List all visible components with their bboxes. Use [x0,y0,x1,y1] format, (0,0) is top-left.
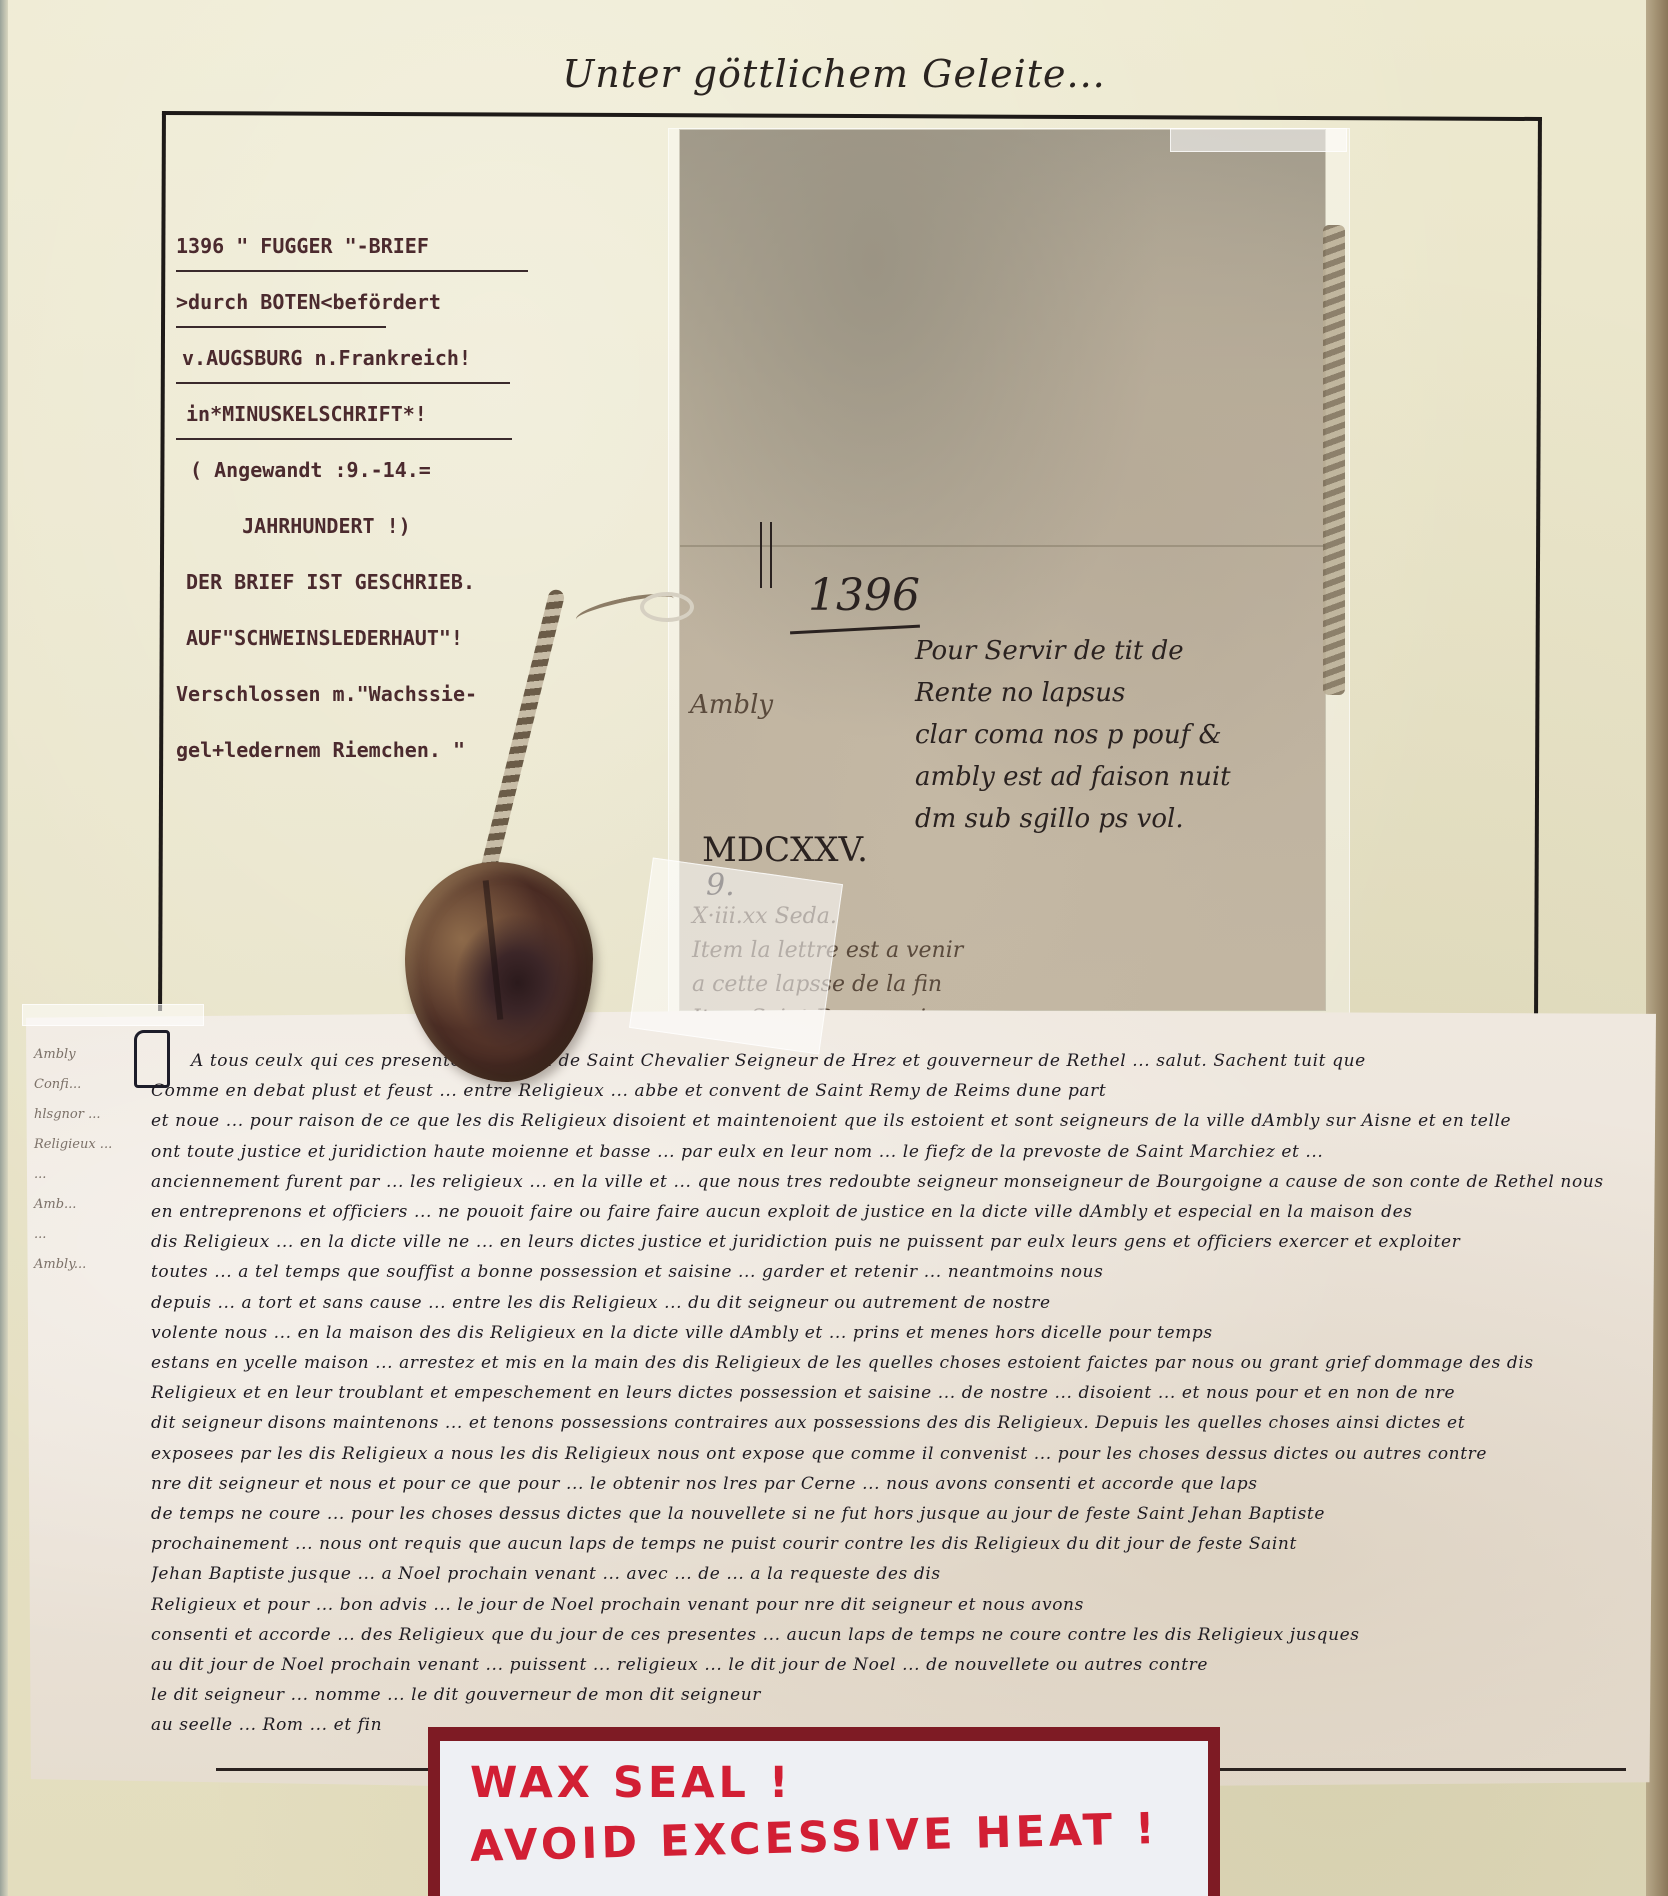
envelope-slit [760,522,772,588]
charter-line: Jehan Baptiste jusque ... a Noel prochai… [151,1559,1646,1589]
charter-line: Comme en debat plust et feust ... entre … [151,1076,1646,1106]
charter-line: Religieux et en leur troublant et empesc… [151,1378,1646,1408]
mounting-tape [1170,128,1347,152]
envelope-roman-year: MDCXXV. [702,830,868,870]
charter-line: nre dit seigneur et nous et pour ce que … [151,1469,1646,1499]
address-line: Pour Servir de tit de [915,630,1231,672]
mounting-tape [22,1004,204,1026]
charter-line: estans en ycelle maison ... arrestez et … [151,1348,1646,1378]
caption-line: Verschlossen m."Wachssie- [176,674,536,730]
caption-line: JAHRHUNDERT !) [176,506,536,562]
charter-line: dis Religieux ... en la dicte ville ne .… [151,1227,1646,1257]
charter-line: et noue ... pour raison de ce que les di… [151,1106,1646,1136]
margin-note: Ambly... [34,1250,154,1280]
envelope-place-note: Ambly [690,690,773,720]
margin-note: Religieux ... [34,1130,154,1160]
caption-line: ( Angewandt :9.-14.= [176,450,536,506]
margin-note: ... [34,1160,154,1190]
board-heading: Unter göttlichem Geleite... [0,52,1668,96]
mounting-tape [629,857,843,1054]
cord-knot [640,592,694,622]
charter-line: exposees par les dis Religieux a nous le… [151,1439,1646,1469]
caption-line: v.AUGSBURG n.Frankreich! [176,338,536,394]
envelope-edge-cord [1323,225,1345,695]
margin-note: Amb... [34,1190,154,1220]
address-line: clar coma nos p pouf & [915,714,1231,756]
caption-line: gel+ledernem Riemchen. " [176,730,536,786]
charter-line: depuis ... a tort et sans cause ... entr… [151,1288,1646,1318]
charter-line: consenti et accorde ... des Religieux qu… [151,1620,1646,1650]
caption-line: in*MINUSKELSCHRIFT*! [176,394,536,450]
date-underline [790,625,920,635]
parchment-charter: Ambly Confi... hlsgnor ... Religieux ...… [26,1010,1656,1790]
charter-line: volente nous ... en la maison des dis Re… [151,1318,1646,1348]
warning-label: WAX SEAL ! AVOID EXCESSIVE HEAT ! [428,1727,1220,1896]
caption-line: DER BRIEF IST GESCHRIEB. [176,562,536,618]
charter-line: anciennement furent par ... les religieu… [151,1167,1646,1197]
warning-label-card: WAX SEAL ! AVOID EXCESSIVE HEAT ! [440,1741,1208,1896]
charter-line: de temps ne coure ... pour les choses de… [151,1499,1646,1529]
address-line: ambly est ad faison nuit [915,756,1231,798]
address-line: dm sub sgillo ps vol. [915,798,1231,840]
margin-note: hlsgnor ... [34,1100,154,1130]
charter-text: A tous ceulx qui ces presentes ... Jehan… [151,1046,1646,1741]
board-left-edge [0,0,8,1896]
charter-line: le dit seigneur ... nomme ... le dit gou… [151,1680,1646,1710]
caption-line: >durch BOTEN<befördert [176,282,536,338]
typed-caption: 1396 " FUGGER "-BRIEF >durch BOTEN<beför… [176,226,536,786]
charter-line: au dit jour de Noel prochain venant ... … [151,1650,1646,1680]
charter-line: toutes ... a tel temps que souffist a bo… [151,1257,1646,1287]
caption-line: AUF"SCHWEINSLEDERHAUT"! [176,618,536,674]
charter-line: A tous ceulx qui ces presentes ... Jehan… [151,1046,1646,1076]
address-line: Rente no lapsus [915,672,1231,714]
charter-line: Religieux et pour ... bon advis ... le j… [151,1590,1646,1620]
envelope-address: Pour Servir de tit de Rente no lapsus cl… [915,630,1231,840]
charter-line: en entreprenons et officiers ... ne pouo… [151,1197,1646,1227]
margin-note: ... [34,1220,154,1250]
charter-line: ont toute justice et juridiction haute m… [151,1137,1646,1167]
caption-line: 1396 " FUGGER "-BRIEF [176,226,536,282]
envelope-fold [680,545,1325,547]
envelope-date: 1396 [808,570,920,621]
charter-line: dit seigneur disons maintenons ... et te… [151,1408,1646,1438]
charter-line: prochainement ... nous ont requis que au… [151,1529,1646,1559]
